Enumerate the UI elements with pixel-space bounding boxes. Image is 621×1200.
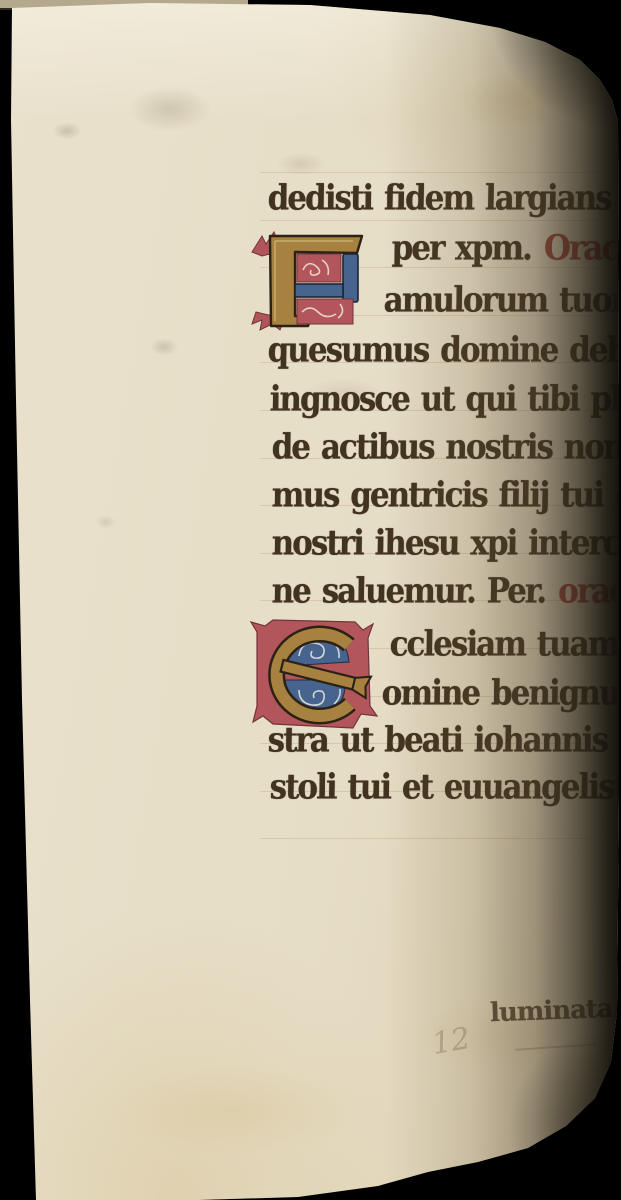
blue-bar (343, 254, 358, 302)
line-text: de actibus nostris non vale (271, 427, 621, 467)
line-text: per xpm. (391, 228, 531, 268)
line-text: nostri ihesu xpi intercessio (271, 523, 621, 563)
pencil-mark: 12 (429, 1021, 473, 1062)
text-line: per xpm.Oracio. (391, 228, 621, 268)
text-line: stra ut beati iohannis ap (267, 720, 621, 760)
line-text: mus gentricis filij tui dni (271, 475, 621, 515)
stain (110, 1065, 360, 1155)
text-line: ingnosce ut qui tibi placere (269, 379, 621, 419)
catchword: luminata. (490, 994, 621, 1029)
stain (150, 338, 178, 356)
red-panel (297, 299, 353, 324)
stain (452, 70, 582, 130)
text-line: de actibus nostris non vale (271, 427, 621, 467)
manuscript-page: dedisti fidem largians et pa per xpm.Ora… (0, 0, 621, 1200)
stain (128, 86, 212, 132)
text-line: quesumus domine delictis (267, 330, 621, 370)
text-line: stoli tui et euuangeliste (269, 767, 621, 807)
text-line: nostri ihesu xpi intercessio (271, 523, 621, 563)
line-text: omine benignus illu (381, 673, 621, 713)
line-text: dedisti fidem largians et pa (267, 178, 621, 218)
line-text: stra ut beati iohannis ap (267, 720, 621, 760)
line-text: stoli tui et euuangeliste (269, 767, 621, 807)
stain (96, 515, 116, 529)
ruled-line (260, 172, 618, 173)
stain (52, 122, 82, 140)
ruled-line (260, 220, 618, 221)
line-text: ne saluemur. Per. (271, 571, 545, 611)
ruled-line (260, 838, 618, 839)
illuminated-initial-E (249, 618, 379, 730)
line-text: amulorum tuorū (383, 280, 621, 320)
rubric-text: oracio (558, 571, 621, 611)
line-text: quesumus domine delictis (267, 330, 621, 370)
line-text: cclesiam tuam qs d (389, 624, 621, 664)
illuminated-initial-F (250, 226, 372, 332)
text-line: dedisti fidem largians et pa (267, 178, 621, 218)
photographed-manuscript: dedisti fidem largians et pa per xpm.Ora… (0, 0, 621, 1200)
text-line: cclesiam tuam qs d (389, 624, 621, 664)
text-line: amulorum tuorū (383, 280, 621, 320)
text-line: omine benignus illu (381, 673, 621, 713)
rubric-text: Oracio. (544, 228, 621, 268)
line-text: ingnosce ut qui tibi placere (269, 379, 621, 419)
text-line: ne saluemur. Per.oracio (271, 571, 621, 611)
text-line: mus gentricis filij tui dni (271, 475, 621, 515)
blue-bar (295, 284, 343, 297)
